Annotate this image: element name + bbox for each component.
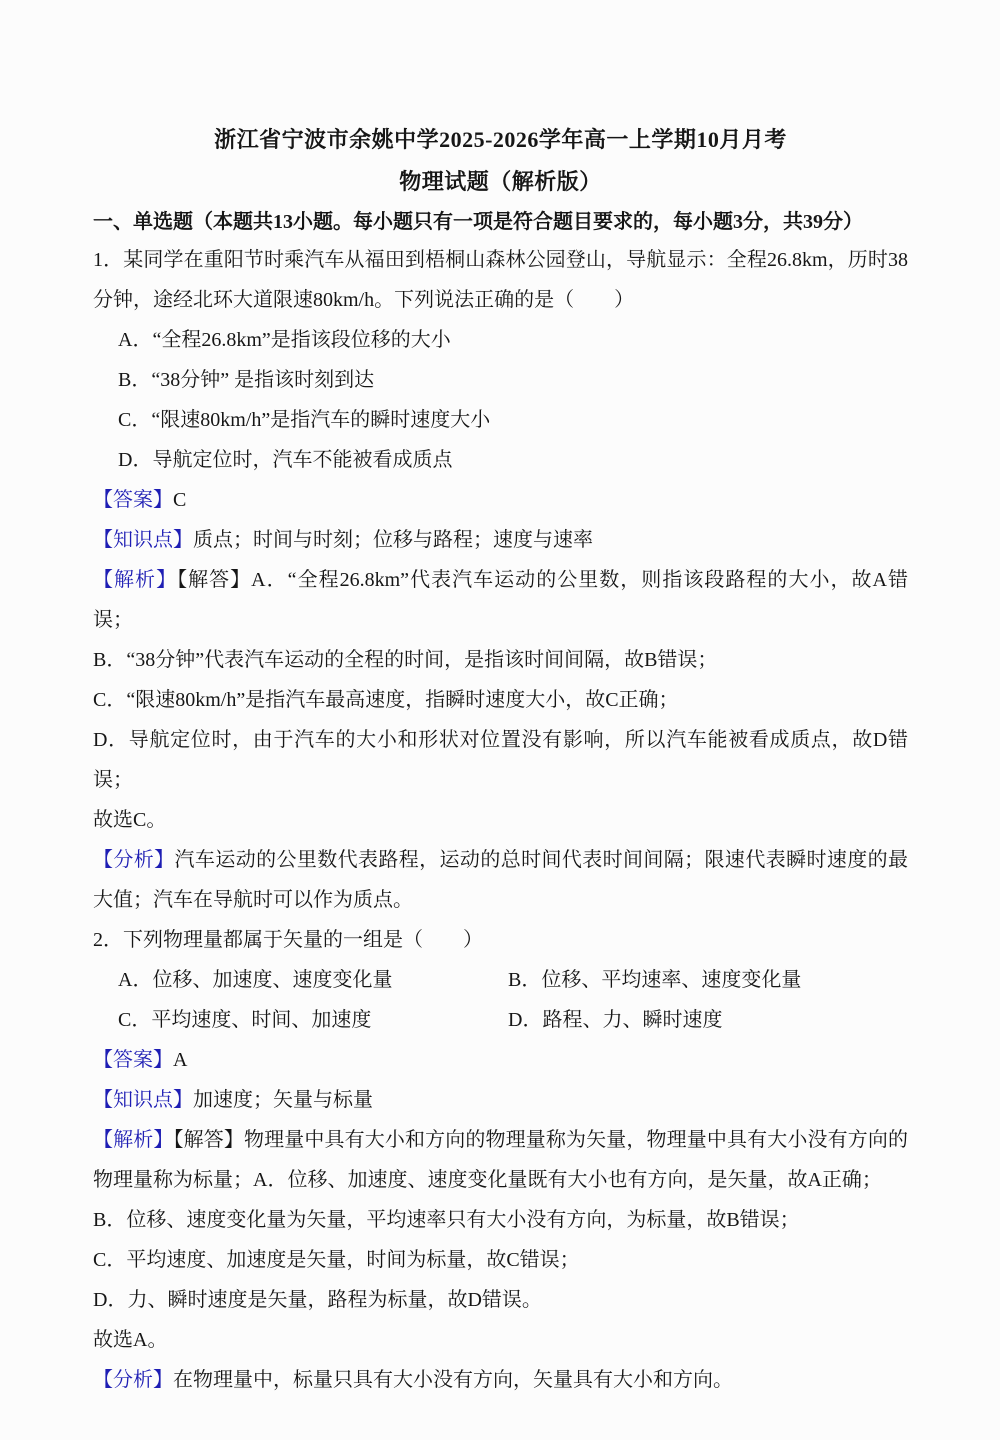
comment-text: 在物理量中，标量只具有大小没有方向，矢量具有大小和方向。 (173, 1369, 733, 1391)
question-1-knowledge-line: 【知识点】质点；时间与时刻；位移与路程；速度与速率 (93, 520, 908, 560)
question-1-comment-line: 【分析】汽车运动的公里数代表路程，运动的总时间代表时间间隔；限速代表瞬时速度的最… (93, 840, 908, 920)
analysis-text: 【解答】物理量中具有大小和方向的物理量称为矢量，物理量中具有大小没有方向的物理量… (93, 1129, 908, 1191)
question-2-analysis-line-4: D．力、瞬时速度是矢量，路程为标量，故D错误。 (93, 1280, 908, 1320)
question-1-option-b: B．“38分钟” 是指该时刻到达 (93, 360, 908, 400)
question-1-analysis-line-3: C．“限速80km/h”是指汽车最高速度，指瞬时速度大小，故C正确； (93, 680, 908, 720)
knowledge-value: 质点；时间与时刻；位移与路程；速度与速率 (193, 529, 593, 551)
question-2-option-a: A．位移、加速度、速度变化量 (118, 960, 508, 1000)
document-subtitle: 物理试题（解析版） (93, 166, 908, 198)
question-1: 1．某同学在重阳节时乘汽车从福田到梧桐山森林公园登山，导航显示：全程26.8km… (93, 240, 908, 920)
knowledge-value: 加速度；矢量与标量 (193, 1089, 373, 1111)
question-2-analysis-line-1: 【解析】【解答】物理量中具有大小和方向的物理量称为矢量，物理量中具有大小没有方向… (93, 1120, 908, 1200)
question-1-analysis-line-4: D．导航定位时，由于汽车的大小和形状对位置没有影响，所以汽车能被看成质点，故D错… (93, 720, 908, 800)
comment-label: 【分析】 (93, 1369, 173, 1391)
answer-value: C (173, 489, 186, 511)
question-1-option-a: A．“全程26.8km”是指该段位移的大小 (93, 320, 908, 360)
question-1-analysis-line-1: 【解析】【解答】A．“全程26.8km”代表汽车运动的公里数，则指该段路程的大小… (93, 560, 908, 640)
answer-value: A (173, 1049, 187, 1071)
answer-label: 【答案】 (93, 1049, 173, 1071)
question-1-option-c: C．“限速80km/h”是指汽车的瞬时速度大小 (93, 400, 908, 440)
question-1-option-d: D．导航定位时，汽车不能被看成质点 (93, 440, 908, 480)
answer-label: 【答案】 (93, 489, 173, 511)
knowledge-label: 【知识点】 (93, 529, 193, 551)
question-2-stem: 2．下列物理量都属于矢量的一组是（ ） (93, 920, 908, 960)
comment-text: 汽车运动的公里数代表路程，运动的总时间代表时间间隔；限速代表瞬时速度的最大值；汽… (93, 849, 908, 911)
knowledge-label: 【知识点】 (93, 1089, 193, 1111)
comment-label: 【分析】 (93, 849, 175, 871)
question-2-option-b: B．位移、平均速率、速度变化量 (508, 960, 908, 1000)
analysis-label: 【解析】 (93, 569, 177, 591)
question-2-knowledge-line: 【知识点】加速度；矢量与标量 (93, 1080, 908, 1120)
question-1-answer-line: 【答案】C (93, 480, 908, 520)
analysis-label: 【解析】 (93, 1129, 174, 1151)
question-2-options: A．位移、加速度、速度变化量 B．位移、平均速率、速度变化量 C．平均速度、时间… (93, 960, 908, 1040)
question-1-analysis-conclusion: 故选C。 (93, 800, 908, 840)
question-2: 2．下列物理量都属于矢量的一组是（ ） A．位移、加速度、速度变化量 B．位移、… (93, 920, 908, 1400)
question-1-stem: 1．某同学在重阳节时乘汽车从福田到梧桐山森林公园登山，导航显示：全程26.8km… (93, 240, 908, 320)
document-page: 浙江省宁波市余姚中学2025-2026学年高一上学期10月月考 物理试题（解析版… (0, 0, 1000, 1440)
question-2-analysis-line-2: B．位移、速度变化量为矢量，平均速率只有大小没有方向，为标量，故B错误； (93, 1200, 908, 1240)
question-2-answer-line: 【答案】A (93, 1040, 908, 1080)
document-title: 浙江省宁波市余姚中学2025-2026学年高一上学期10月月考 (93, 124, 908, 156)
analysis-text: 【解答】A．“全程26.8km”代表汽车运动的公里数，则指该段路程的大小，故A错… (93, 569, 908, 631)
question-2-option-d: D．路程、力、瞬时速度 (508, 1000, 908, 1040)
question-2-comment-line: 【分析】在物理量中，标量只具有大小没有方向，矢量具有大小和方向。 (93, 1360, 908, 1400)
question-2-analysis-conclusion: 故选A。 (93, 1320, 908, 1360)
question-2-analysis-line-3: C．平均速度、加速度是矢量，时间为标量，故C错误； (93, 1240, 908, 1280)
question-2-option-c: C．平均速度、时间、加速度 (118, 1000, 508, 1040)
section-heading: 一、单选题（本题共13小题。每小题只有一项是符合题目要求的，每小题3分，共39分… (93, 204, 908, 240)
question-1-analysis-line-2: B．“38分钟”代表汽车运动的全程的时间，是指该时间间隔，故B错误； (93, 640, 908, 680)
